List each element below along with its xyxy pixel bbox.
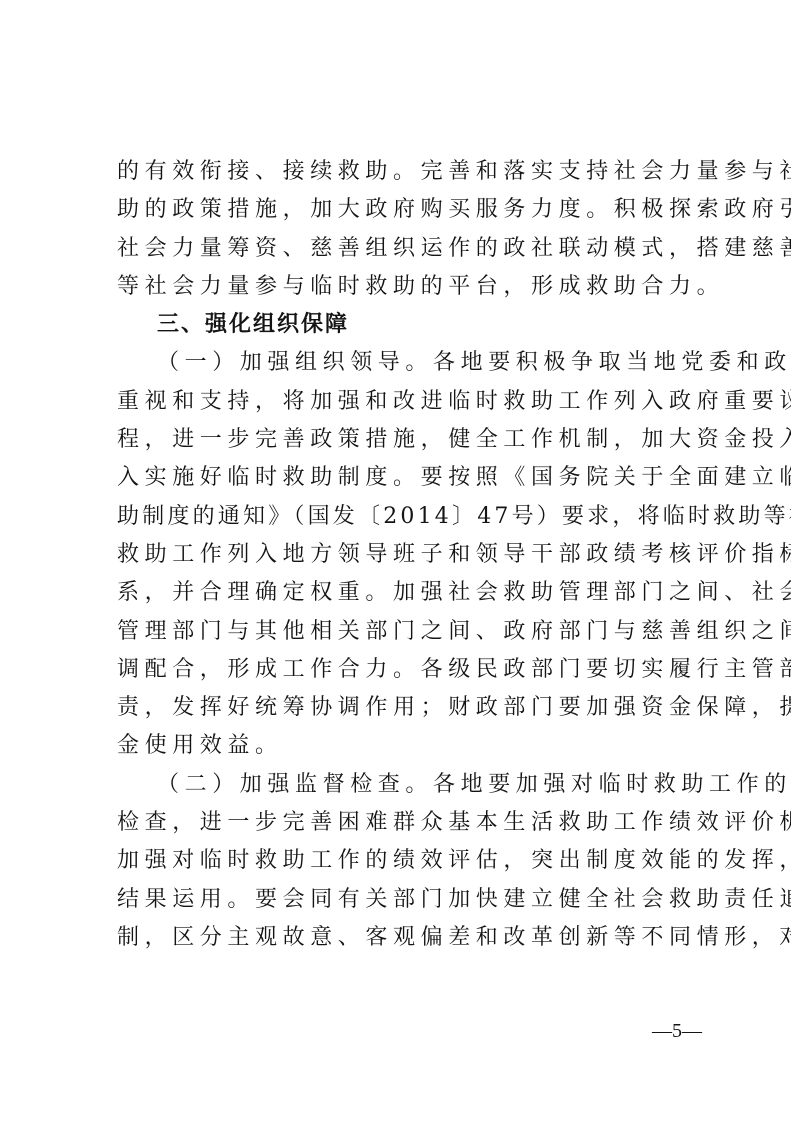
paragraph-start-line: （二）加强监督检查。各地要加强对临时救助工作的督促 [117,766,707,804]
page-number: —5— [652,1020,702,1043]
body-line: 的有效衔接、接续救助。完善和落实支持社会力量参与社会救 [117,153,707,191]
body-line: 加强对临时救助工作的绩效评估，突出制度效能的发挥，强化 [117,842,707,880]
section-heading: 三、强化组织保障 [117,306,707,344]
body-line: 结果运用。要会同有关部门加快建立健全社会救助责任追究机 [117,881,707,919]
body-line: 制，区分主观故意、客观偏差和改革创新等不同情形，对主观 [117,919,707,957]
body-line: 调配合，形成工作合力。各级民政部门要切实履行主管部门职 [117,651,707,689]
body-line: 社会力量筹资、慈善组织运作的政社联动模式，搭建慈善组织 [117,230,707,268]
paragraph-start-line: （一）加强组织领导。各地要积极争取当地党委和政府的 [117,344,707,382]
body-line: 金使用效益。 [117,727,707,765]
body-line: 助的政策措施，加大政府购买服务力度。积极探索政府引导、 [117,191,707,229]
body-line: 程，进一步完善政策措施，健全工作机制，加大资金投入，深 [117,421,707,459]
body-line: 入实施好临时救助制度。要按照《国务院关于全面建立临时救 [117,459,707,497]
body-line: 助制度的通知》（国发〔2014〕47号）要求，将临时救助等社会 [117,498,707,536]
body-line: 重视和支持，将加强和改进临时救助工作列入政府重要议事日 [117,383,707,421]
body-line: 管理部门与其他相关部门之间、政府部门与慈善组织之间的协 [117,613,707,651]
document-page: 的有效衔接、接续救助。完善和落实支持社会力量参与社会救 助的政策措施，加大政府购… [0,0,791,1121]
body-line: 系，并合理确定权重。加强社会救助管理部门之间、社会救助 [117,574,707,612]
body-line: 责，发挥好统筹协调作用；财政部门要加强资金保障，提高资 [117,689,707,727]
body-line: 检查，进一步完善困难群众基本生活救助工作绩效评价机制， [117,804,707,842]
document-body: 的有效衔接、接续救助。完善和落实支持社会力量参与社会救 助的政策措施，加大政府购… [117,153,707,957]
body-line: 救助工作列入地方领导班子和领导干部政绩考核评价指标体 [117,536,707,574]
body-line: 等社会力量参与临时救助的平台，形成救助合力。 [117,268,707,306]
